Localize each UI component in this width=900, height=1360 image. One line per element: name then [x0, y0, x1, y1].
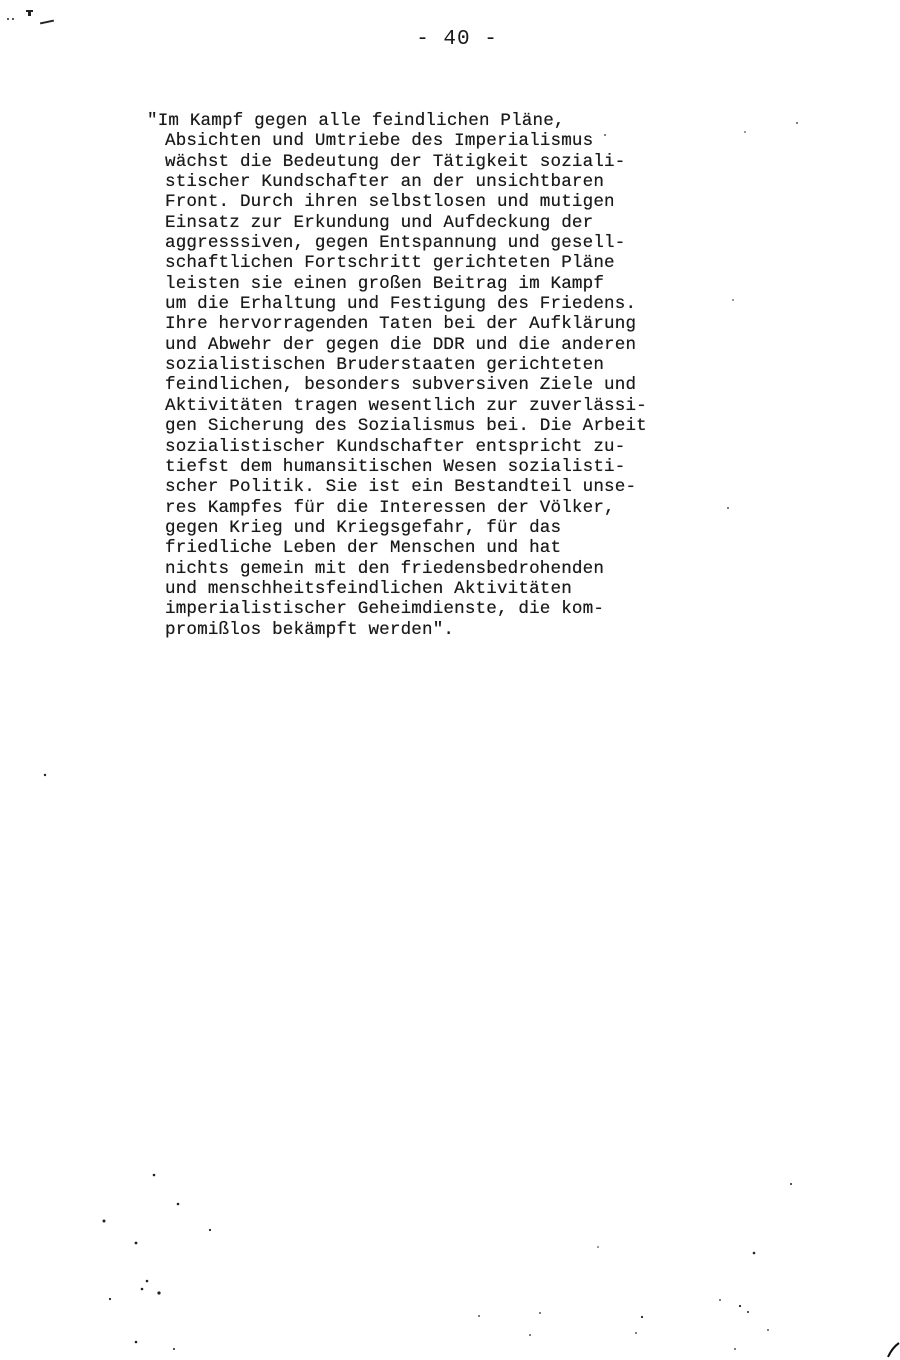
quote-line: promißlos bekämpft werden". — [147, 620, 787, 640]
quote-line: gen Sicherung des Sozialismus bei. Die A… — [147, 416, 787, 436]
quote-line: sozialistischen Bruderstaaten gerichtete… — [147, 355, 787, 375]
quote-line: Front. Durch ihren selbstlosen und mutig… — [147, 192, 787, 212]
quote-line: sozialistischer Kundschafter entspricht … — [147, 437, 787, 457]
quote-line: Ihre hervorragenden Taten bei der Aufklä… — [147, 314, 787, 334]
quote-line: Einsatz zur Erkundung und Aufdeckung der — [147, 213, 787, 233]
quote-line: schaftlichen Fortschritt gerichteten Plä… — [147, 253, 787, 273]
quote-line: friedliche Leben der Menschen und hat — [147, 538, 787, 558]
quote-line: nichts gemein mit den friedensbedrohende… — [147, 559, 787, 579]
quote-line: und Abwehr der gegen die DDR und die and… — [147, 335, 787, 355]
quote-line: leisten sie einen großen Beitrag im Kamp… — [147, 274, 787, 294]
quote-line: aggresssiven, gegen Entspannung und gese… — [147, 233, 787, 253]
quote-line: feindlichen, besonders subversiven Ziele… — [147, 375, 787, 395]
quote-paragraph: "Im Kampf gegen alle feindlichen Pläne,A… — [147, 111, 787, 640]
quote-line: imperialistischer Geheimdienste, die kom… — [147, 599, 787, 619]
quote-line: und menschheitsfeindlichen Aktivitäten — [147, 579, 787, 599]
page-number: - 40 - — [0, 28, 900, 51]
quote-line: tiefst dem humansitischen Wesen sozialis… — [147, 457, 787, 477]
quote-line: Aktivitäten tragen wesentlich zur zuverl… — [147, 396, 787, 416]
quote-line: Absichten und Umtriebe des Imperialismus — [147, 131, 787, 151]
quote-line: um die Erhaltung und Festigung des Fried… — [147, 294, 787, 314]
quote-line: gegen Krieg und Kriegsgefahr, für das — [147, 518, 787, 538]
quote-line: stischer Kundschafter an der unsichtbare… — [147, 172, 787, 192]
quote-line: "Im Kampf gegen alle feindlichen Pläne, — [147, 111, 787, 131]
quote-line: wächst die Bedeutung der Tätigkeit sozia… — [147, 152, 787, 172]
quote-line: scher Politik. Sie ist ein Bestandteil u… — [147, 477, 787, 497]
quote-line: res Kampfes für die Interessen der Völke… — [147, 498, 787, 518]
